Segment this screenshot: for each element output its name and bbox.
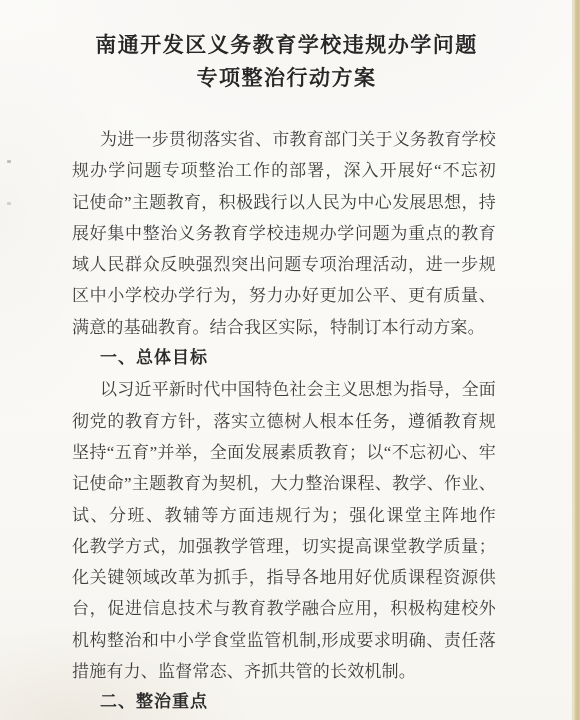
text-line: 坚持“五育”并举，全面发展素质教育；以“不忘初心、牢 bbox=[72, 437, 496, 468]
text-line: 记使命”主题教育为契机，大力整治课程、教学、作业、考 bbox=[72, 468, 496, 499]
text-line: 机构整治和中小学食堂监管机制,形成要求明确、责任落实、 bbox=[72, 625, 496, 656]
text-line: 化教学方式，加强教学管理，切实提高课堂教学质量；以深 bbox=[72, 531, 496, 562]
paper-speck bbox=[7, 160, 11, 163]
document-title-line-2: 专项整治行动方案 bbox=[0, 62, 573, 95]
text-line: 措施有力、监督常态、齐抓共管的长效机制。 bbox=[72, 656, 496, 687]
text-line: 域人民群众反映强烈突出问题专项治理活动，进一步规范我 bbox=[72, 249, 496, 280]
section-heading: 一、总体目标 bbox=[72, 343, 496, 374]
text-line: 记使命”主题教育，积极践行以人民为中心发展思想，持续开 bbox=[72, 187, 496, 218]
text-line: 区中小学校办学行为，努力办好更加公平、更有质量、人民 bbox=[72, 280, 496, 311]
text-line: 展好集中整治义务教育学校违规办学问题为重点的教育领 bbox=[72, 218, 496, 249]
text-line: 彻党的教育方针，落实立德树人根本任务，遵循教育规律， bbox=[72, 406, 496, 437]
table-edge bbox=[572, 0, 580, 720]
document-photo: 南通开发区义务教育学校违规办学问题 专项整治行动方案 为进一步贯彻落实省、市教育… bbox=[0, 0, 580, 720]
text-line: 化关键领域改革为抓手，指导各地用好优质课程资源供给平 bbox=[72, 562, 496, 593]
paper-speck bbox=[7, 202, 11, 205]
document-body: 为进一步贯彻落实省、市教育部门关于义务教育学校违 规办学问题专项整治工作的部署，… bbox=[72, 124, 496, 719]
text-line: 以习近平新时代中国特色社会主义思想为指导，全面贯 bbox=[72, 374, 496, 405]
text-line: 满意的基础教育。结合我区实际，特制订本行动方案。 bbox=[72, 312, 496, 343]
text-line: 规办学问题专项整治工作的部署，深入开展好“不忘初心、牢 bbox=[72, 155, 496, 186]
text-line: 为进一步贯彻落实省、市教育部门关于义务教育学校违 bbox=[72, 124, 496, 155]
text-line: 台，促进信息技术与教育教学融合应用，积极构建校外培训 bbox=[72, 593, 496, 624]
text-line: 试、分班、教辅等方面违规行为；强化课堂主阵地作用，优 bbox=[72, 500, 496, 531]
document-title-line-1: 南通开发区义务教育学校违规办学问题 bbox=[0, 29, 573, 62]
document-title: 南通开发区义务教育学校违规办学问题 专项整治行动方案 bbox=[0, 29, 573, 95]
section-heading: 二、整治重点 bbox=[72, 687, 496, 718]
